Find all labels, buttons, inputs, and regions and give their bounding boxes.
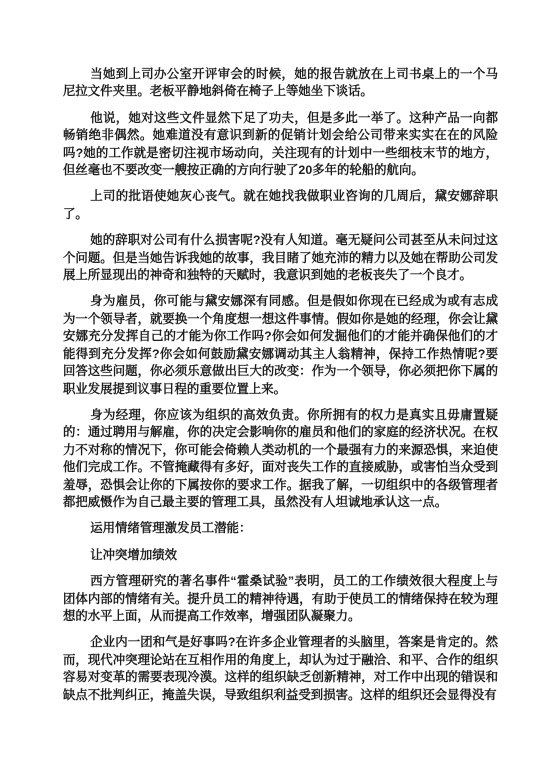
- paragraph-as-manager: 身为经理，你应该为组织的高效负责。你所拥有的权力是真实且毋庸置疑的：通过聘用与解…: [63, 407, 498, 511]
- paragraph-harmony-question: 企业内一团和气是好事吗?在许多企业管理者的头脑里，答案是肯定的。然而，现代冲突理…: [63, 634, 498, 704]
- subheading-emotion-management: 运用情绪管理激发员工潜能：: [63, 520, 498, 537]
- document-page: 当她到上司办公室开评审会的时候，她的报告就放在上司书桌上的一个马尼拉文件夹里。老…: [0, 0, 549, 778]
- paragraph-resignation: 上司的批语使她灰心丧气。就在她找我做职业咨询的几周后，黛安娜辞职了。: [63, 188, 498, 223]
- paragraph-boss-criticism: 他说，她对这些文件显然下足了功夫，但是多此一举了。这种产品一向都畅销绝非偶然。她…: [63, 110, 498, 180]
- paragraph-as-employee: 身为雇员，你可能与黛安娜深有同感。但是假如你现在已经成为或有志成为一个领导者，就…: [63, 293, 498, 397]
- paragraph-company-loss: 她的辞职对公司有什么损害呢?没有人知道。毫无疑问公司甚至从未问过这个问题。但是当…: [63, 232, 498, 284]
- paragraph-manila-folder: 当她到上司办公室开评审会的时候，她的报告就放在上司书桌上的一个马尼拉文件夹里。老…: [63, 66, 498, 101]
- paragraph-hawthorne-experiment: 西方管理研究的著名事件“霍桑试验”表明，员工的工作绩效很大程度上与团体内部的情绪…: [63, 573, 498, 625]
- subheading-conflict-performance: 让冲突增加绩效: [63, 547, 498, 564]
